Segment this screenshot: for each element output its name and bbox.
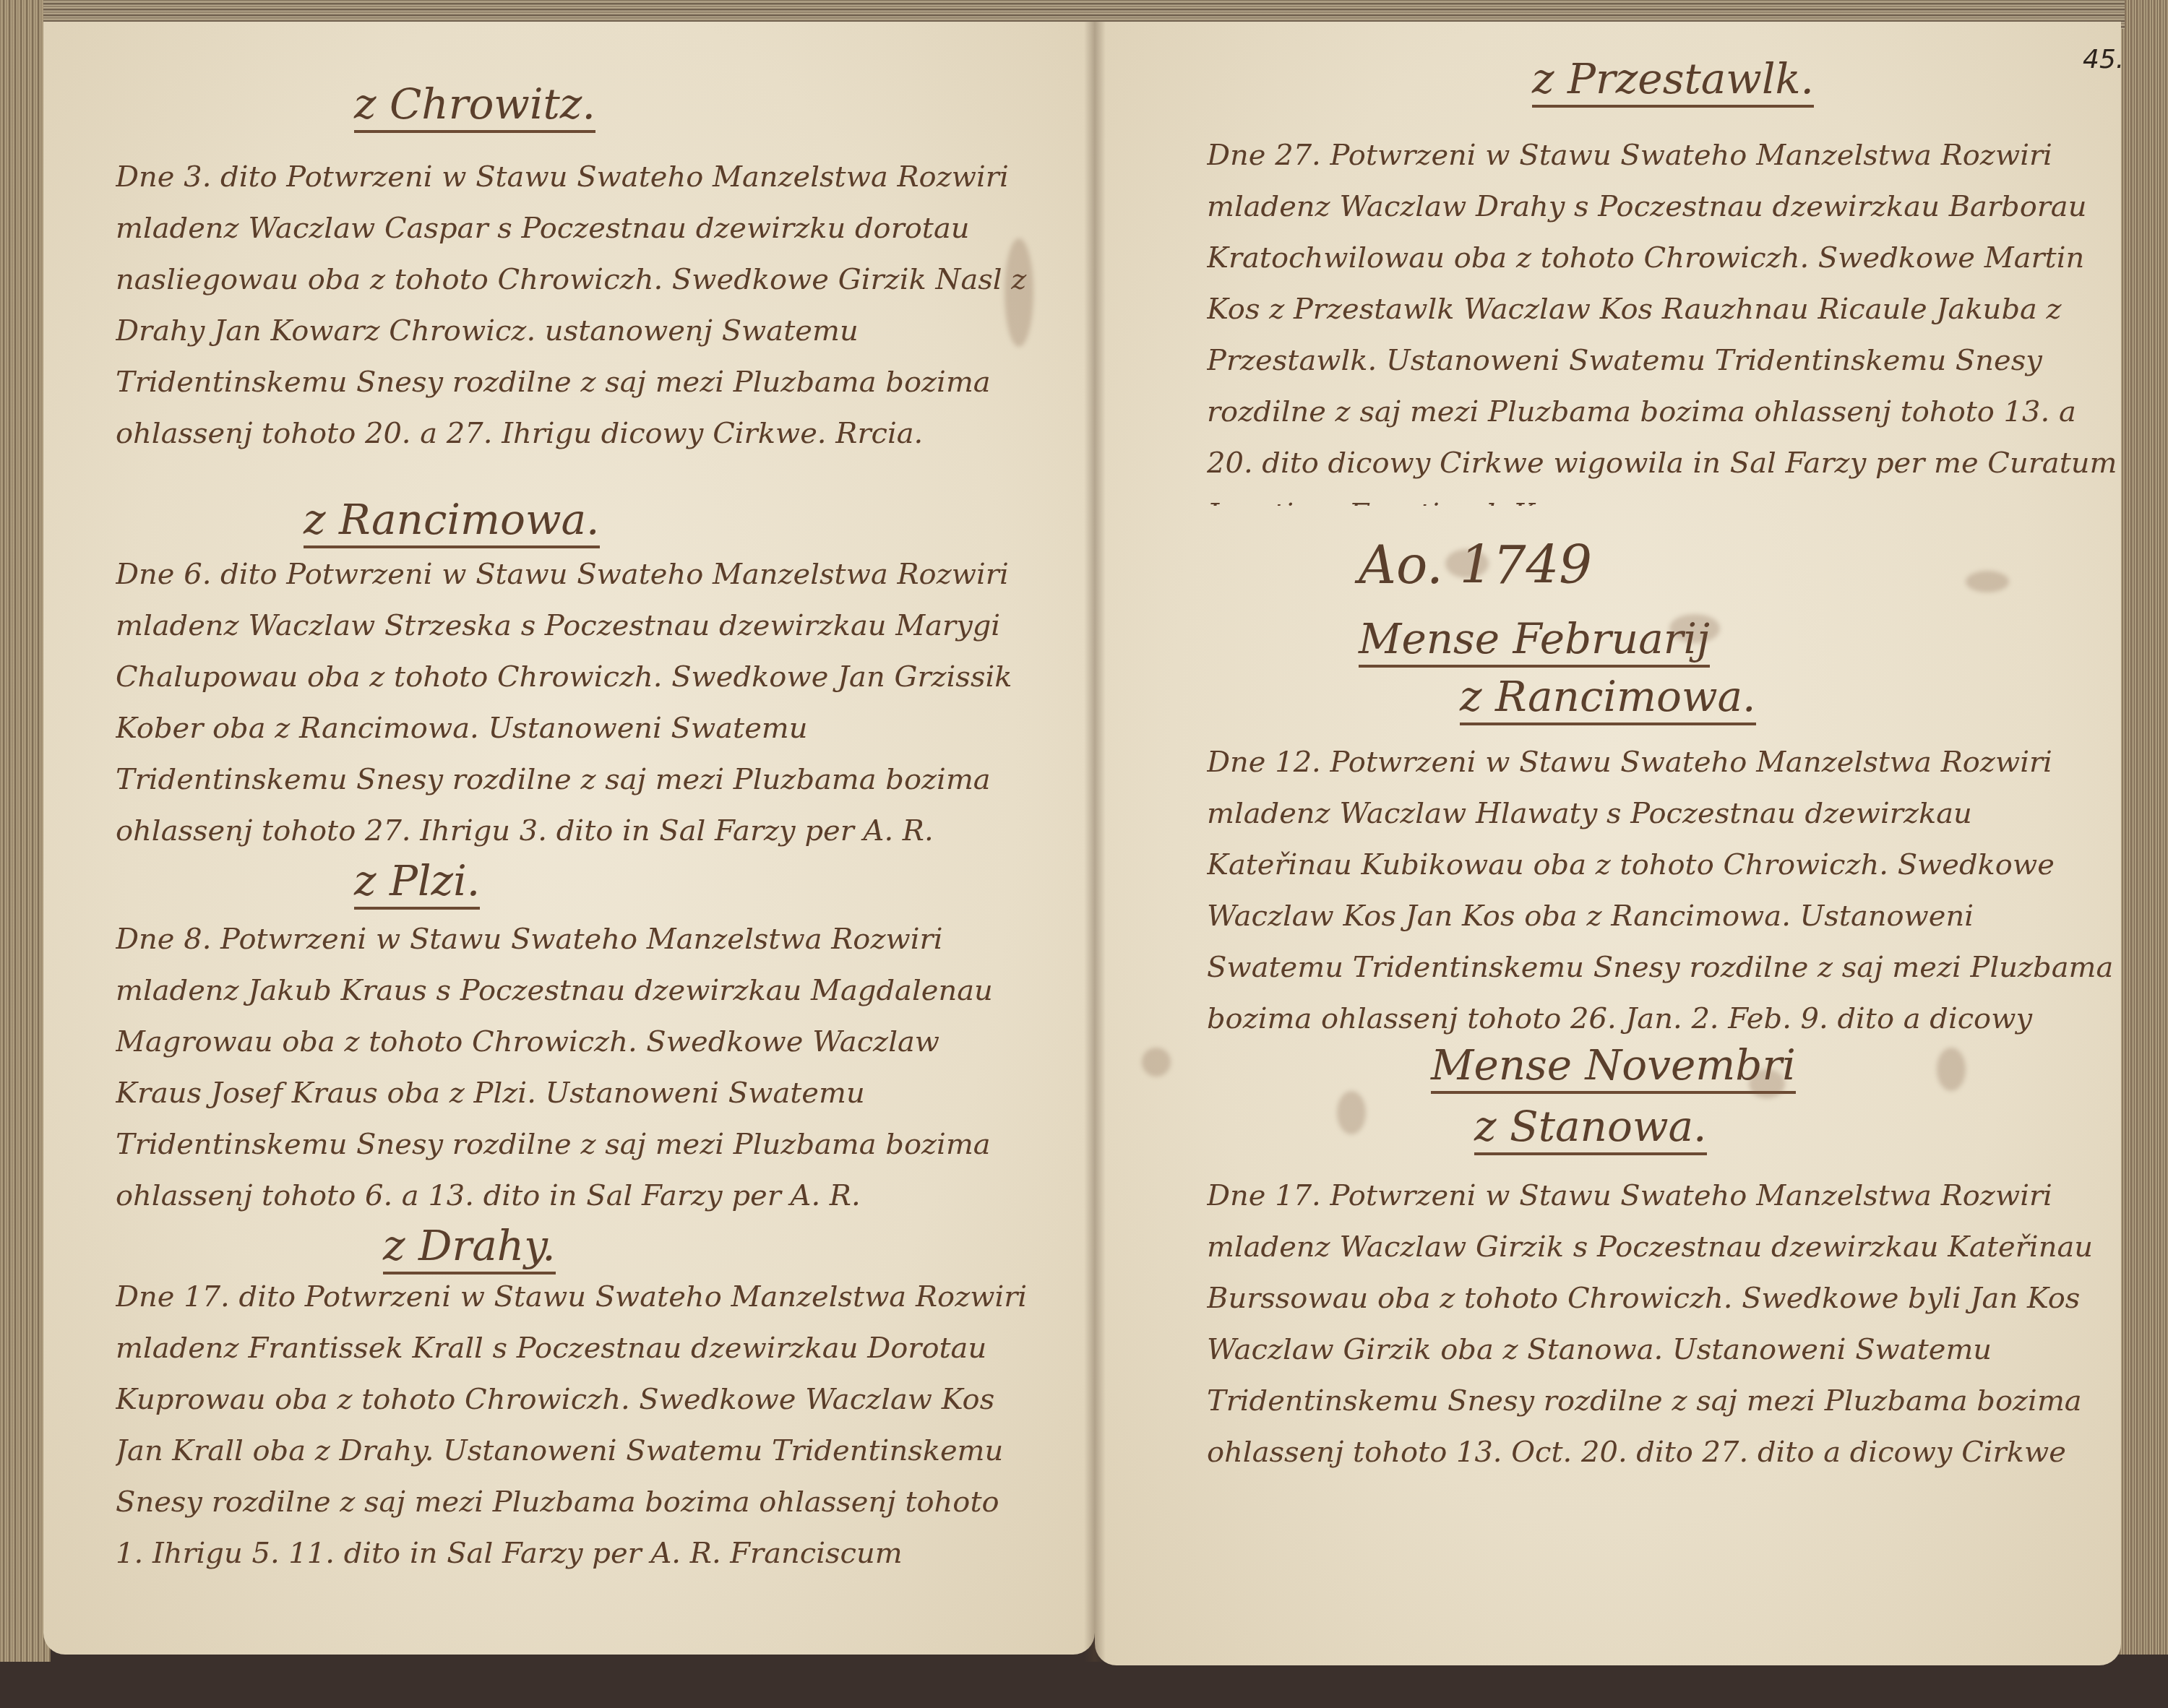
register-entry: Dne 3. dito Potwrzeni w Stawu Swateho Ma…: [116, 152, 1033, 470]
page-number: 45.: [2083, 45, 2124, 74]
section-heading: z Plzi.: [354, 856, 480, 910]
register-entry: Dne 8. Potwrzeni w Stawu Swateho Manzels…: [116, 914, 1033, 1232]
section-heading: z Stanowa.: [1474, 1102, 1707, 1155]
book-spine-gutter: [1084, 22, 1106, 1662]
section-heading: z Drahy.: [383, 1221, 556, 1274]
ink-stain: [1445, 549, 1489, 578]
month-heading: Mense Februarij: [1359, 614, 1710, 668]
register-entry: Dne 17. dito Potwrzeni w Stawu Swateho M…: [116, 1272, 1033, 1590]
month-heading: Mense Novembri: [1431, 1040, 1796, 1094]
ink-stain: [1142, 1048, 1171, 1077]
open-book: 45. z Chrowitz. Dne 3. dito Potwrzeni w …: [0, 0, 2168, 1708]
ink-stain: [1966, 571, 2009, 592]
register-entry: Dne 12. Potwrzeni w Stawu Swateho Manzel…: [1207, 737, 2117, 1040]
ink-stain: [1337, 1091, 1366, 1134]
ink-stain: [1937, 1048, 1966, 1091]
ink-stain: [1669, 614, 1720, 643]
section-heading: z Rancimowa.: [304, 495, 600, 548]
register-entry: Dne 6. dito Potwrzeni w Stawu Swateho Ma…: [116, 549, 1033, 867]
section-heading: z Rancimowa.: [1460, 672, 1756, 725]
register-entry: Dne 17. Potwrzeni w Stawu Swateho Manzel…: [1207, 1170, 2117, 1488]
register-entry: Dne 27. Potwrzeni w Stawu Swateho Manzel…: [1207, 130, 2117, 506]
ink-stain: [1749, 1069, 1785, 1098]
section-heading: z Przestawlk.: [1532, 54, 1814, 108]
section-heading: z Chrowitz.: [354, 79, 595, 133]
ink-stain: [1005, 238, 1033, 347]
page-edges-right: [2117, 0, 2168, 1655]
